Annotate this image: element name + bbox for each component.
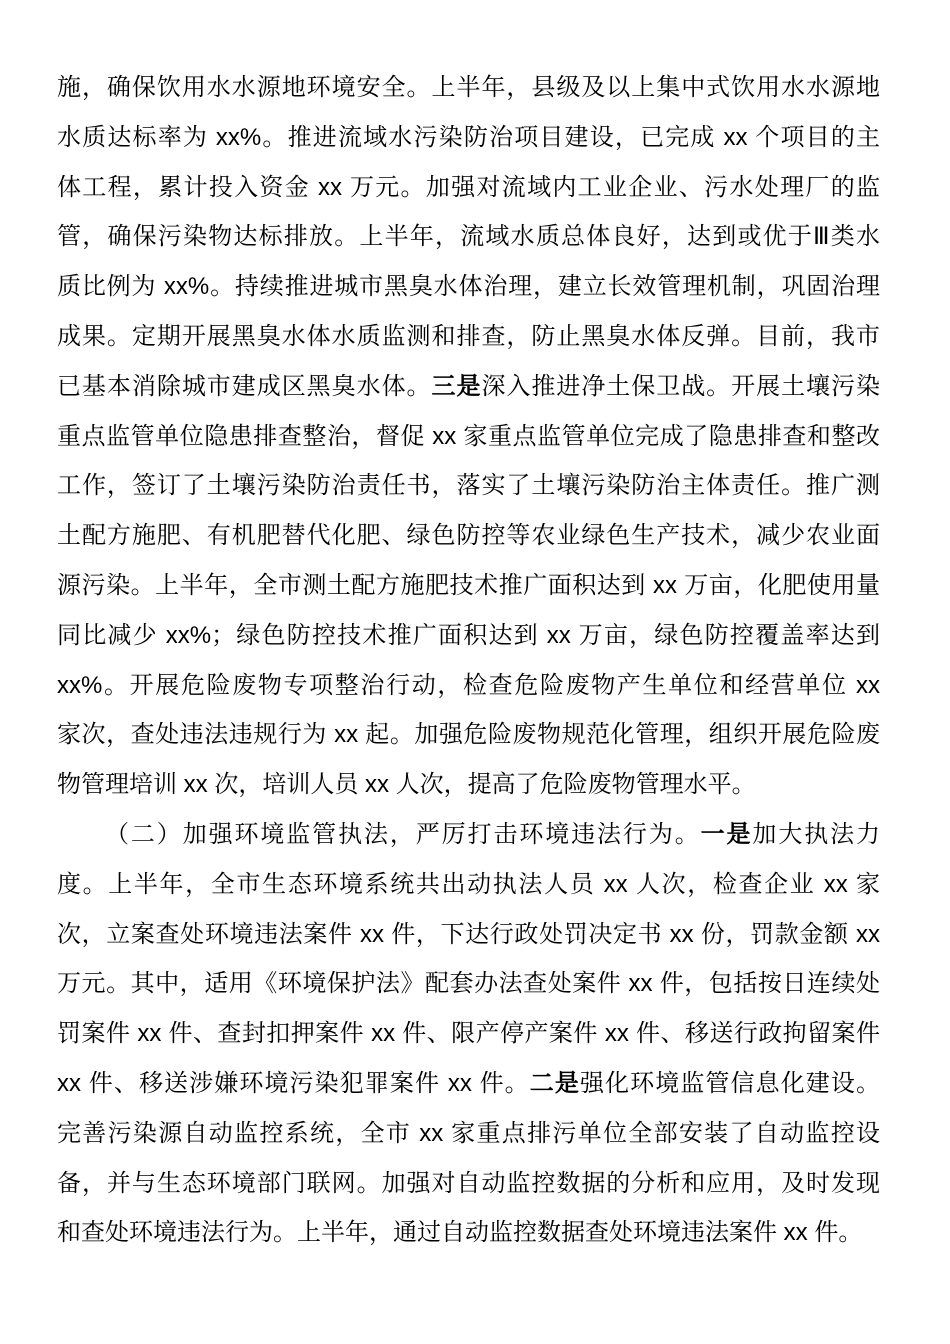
text-segment: 管，确保污染物达标排放。上半年，流域水质总体良好，达到或优于Ⅲ类水 <box>57 223 880 250</box>
text-segment: （二）加强环境监管执法，严厉打击环境违法行为。 <box>105 821 701 848</box>
text-segment: 深入推进净土保卫战。开展土壤污染 <box>481 373 880 400</box>
text-segment: 次，立案查处环境违法案件 xx 件，下达行政处罚决定书 xx 份，罚款金额 xx <box>57 921 880 948</box>
text-segment: 体工程，累计投入资金 xx 万元。加强对流域内工业企业、污水处理厂的监 <box>57 174 880 201</box>
text-segment: 和查处环境违法行为。上半年，通过自动监控数据查处环境违法案件 xx 件。 <box>57 1219 862 1246</box>
text-line: 度。上半年，全市生态环境系统共出动执法人员 xx 人次，检查企业 xx 家 <box>57 860 880 910</box>
text-line: 已基本消除城市建成区黑臭水体。三是深入推进净土保卫战。开展土壤污染 <box>57 362 880 412</box>
bold-text-segment: 三是 <box>432 373 482 400</box>
text-segment: 成果。定期开展黑臭水体水质监测和排查，防止黑臭水体反弹。目前，我市 <box>57 323 880 350</box>
text-line: 次，立案查处环境违法案件 xx 件，下达行政处罚决定书 xx 份，罚款金额 xx <box>57 910 880 960</box>
text-line: 管，确保污染物达标排放。上半年，流域水质总体良好，达到或优于Ⅲ类水 <box>57 212 880 262</box>
text-segment: 家次，查处违法违规行为 xx 起。加强危险废物规范化管理，组织开展危险废 <box>57 721 880 748</box>
text-segment: 工作，签订了土壤污染防治责任书，落实了土壤污染防治主体责任。推广测 <box>57 472 880 499</box>
text-segment: 源污染。上半年，全市测土配方施肥技术推广面积达到 xx 万亩，化肥使用量 <box>57 572 880 599</box>
bold-text-segment: 一是 <box>701 821 753 848</box>
text-segment: 完善污染源自动监控系统，全市 xx 家重点排污单位全部安装了自动监控设 <box>57 1120 880 1147</box>
document-page: 施，确保饮用水水源地环境安全。上半年，县级及以上集中式饮用水水源地水质达标率为 … <box>0 0 950 1344</box>
text-segment: 重点监管单位隐患排查整治，督促 xx 家重点监管单位完成了隐患排查和整改 <box>57 423 880 450</box>
text-segment: xx 件、移送涉嫌环境污染犯罪案件 xx 件。 <box>57 1070 530 1097</box>
text-line: 成果。定期开展黑臭水体水质监测和排查，防止黑臭水体反弹。目前，我市 <box>57 312 880 362</box>
text-line: 同比减少 xx%；绿色防控技术推广面积达到 xx 万亩，绿色防控覆盖率达到 <box>57 611 880 661</box>
bold-text-segment: 二是 <box>530 1070 580 1097</box>
text-segment: 强化环境监管信息化建设。 <box>580 1070 880 1097</box>
text-line: 重点监管单位隐患排查整治，督促 xx 家重点监管单位完成了隐患排查和整改 <box>57 412 880 462</box>
text-line: 万元。其中，适用《环境保护法》配套办法查处案件 xx 件，包括按日连续处 <box>57 959 880 1009</box>
text-segment: 度。上半年，全市生态环境系统共出动执法人员 xx 人次，检查企业 xx 家 <box>57 871 880 898</box>
text-segment: 水质达标率为 xx%。推进流域水污染防治项目建设，已完成 xx 个项目的主 <box>57 124 880 151</box>
text-segment: 物管理培训 xx 次，培训人员 xx 人次，提高了危险废物管理水平。 <box>57 771 756 798</box>
text-line: 家次，查处违法违规行为 xx 起。加强危险废物规范化管理，组织开展危险废 <box>57 710 880 760</box>
text-segment: 质比例为 xx%。持续推进城市黑臭水体治理，建立长效管理机制，巩固治理 <box>57 273 880 300</box>
text-segment: 同比减少 xx%；绿色防控技术推广面积达到 xx 万亩，绿色防控覆盖率达到 <box>57 622 880 649</box>
document-text: 施，确保饮用水水源地环境安全。上半年，县级及以上集中式饮用水水源地水质达标率为 … <box>57 63 880 1258</box>
text-segment: 土配方施肥、有机肥替代化肥、绿色防控等农业绿色生产技术，减少农业面 <box>57 522 880 549</box>
text-line: 水质达标率为 xx%。推进流域水污染防治项目建设，已完成 xx 个项目的主 <box>57 113 880 163</box>
text-line: 土配方施肥、有机肥替代化肥、绿色防控等农业绿色生产技术，减少农业面 <box>57 511 880 561</box>
text-segment: 加大执法力 <box>752 821 880 848</box>
text-line: 工作，签订了土壤污染防治责任书，落实了土壤污染防治主体责任。推广测 <box>57 461 880 511</box>
text-line: 完善污染源自动监控系统，全市 xx 家重点排污单位全部安装了自动监控设 <box>57 1109 880 1159</box>
text-segment: 备，并与生态环境部门联网。加强对自动监控数据的分析和应用，及时发现 <box>57 1170 880 1197</box>
text-line: 施，确保饮用水水源地环境安全。上半年，县级及以上集中式饮用水水源地 <box>57 63 880 113</box>
text-segment: 已基本消除城市建成区黑臭水体。 <box>57 373 432 400</box>
text-line: xx 件、移送涉嫌环境污染犯罪案件 xx 件。二是强化环境监管信息化建设。 <box>57 1059 880 1109</box>
text-line: 和查处环境违法行为。上半年，通过自动监控数据查处环境违法案件 xx 件。 <box>57 1208 880 1258</box>
text-line: （二）加强环境监管执法，严厉打击环境违法行为。一是加大执法力 <box>57 810 880 860</box>
text-line: xx%。开展危险废物专项整治行动，检查危险废物产生单位和经营单位 xx <box>57 661 880 711</box>
text-line: 源污染。上半年，全市测土配方施肥技术推广面积达到 xx 万亩，化肥使用量 <box>57 561 880 611</box>
text-line: 体工程，累计投入资金 xx 万元。加强对流域内工业企业、污水处理厂的监 <box>57 163 880 213</box>
text-segment: 罚案件 xx 件、查封扣押案件 xx 件、限产停产案件 xx 件、移送行政拘留案… <box>57 1020 880 1047</box>
text-segment: 万元。其中，适用《环境保护法》配套办法查处案件 xx 件，包括按日连续处 <box>57 970 880 997</box>
text-line: 备，并与生态环境部门联网。加强对自动监控数据的分析和应用，及时发现 <box>57 1159 880 1209</box>
text-line: 物管理培训 xx 次，培训人员 xx 人次，提高了危险废物管理水平。 <box>57 760 880 810</box>
text-line: 罚案件 xx 件、查封扣押案件 xx 件、限产停产案件 xx 件、移送行政拘留案… <box>57 1009 880 1059</box>
text-line: 质比例为 xx%。持续推进城市黑臭水体治理，建立长效管理机制，巩固治理 <box>57 262 880 312</box>
text-segment: 施，确保饮用水水源地环境安全。上半年，县级及以上集中式饮用水水源地 <box>57 74 880 101</box>
text-segment: xx%。开展危险废物专项整治行动，检查危险废物产生单位和经营单位 xx <box>57 672 880 699</box>
